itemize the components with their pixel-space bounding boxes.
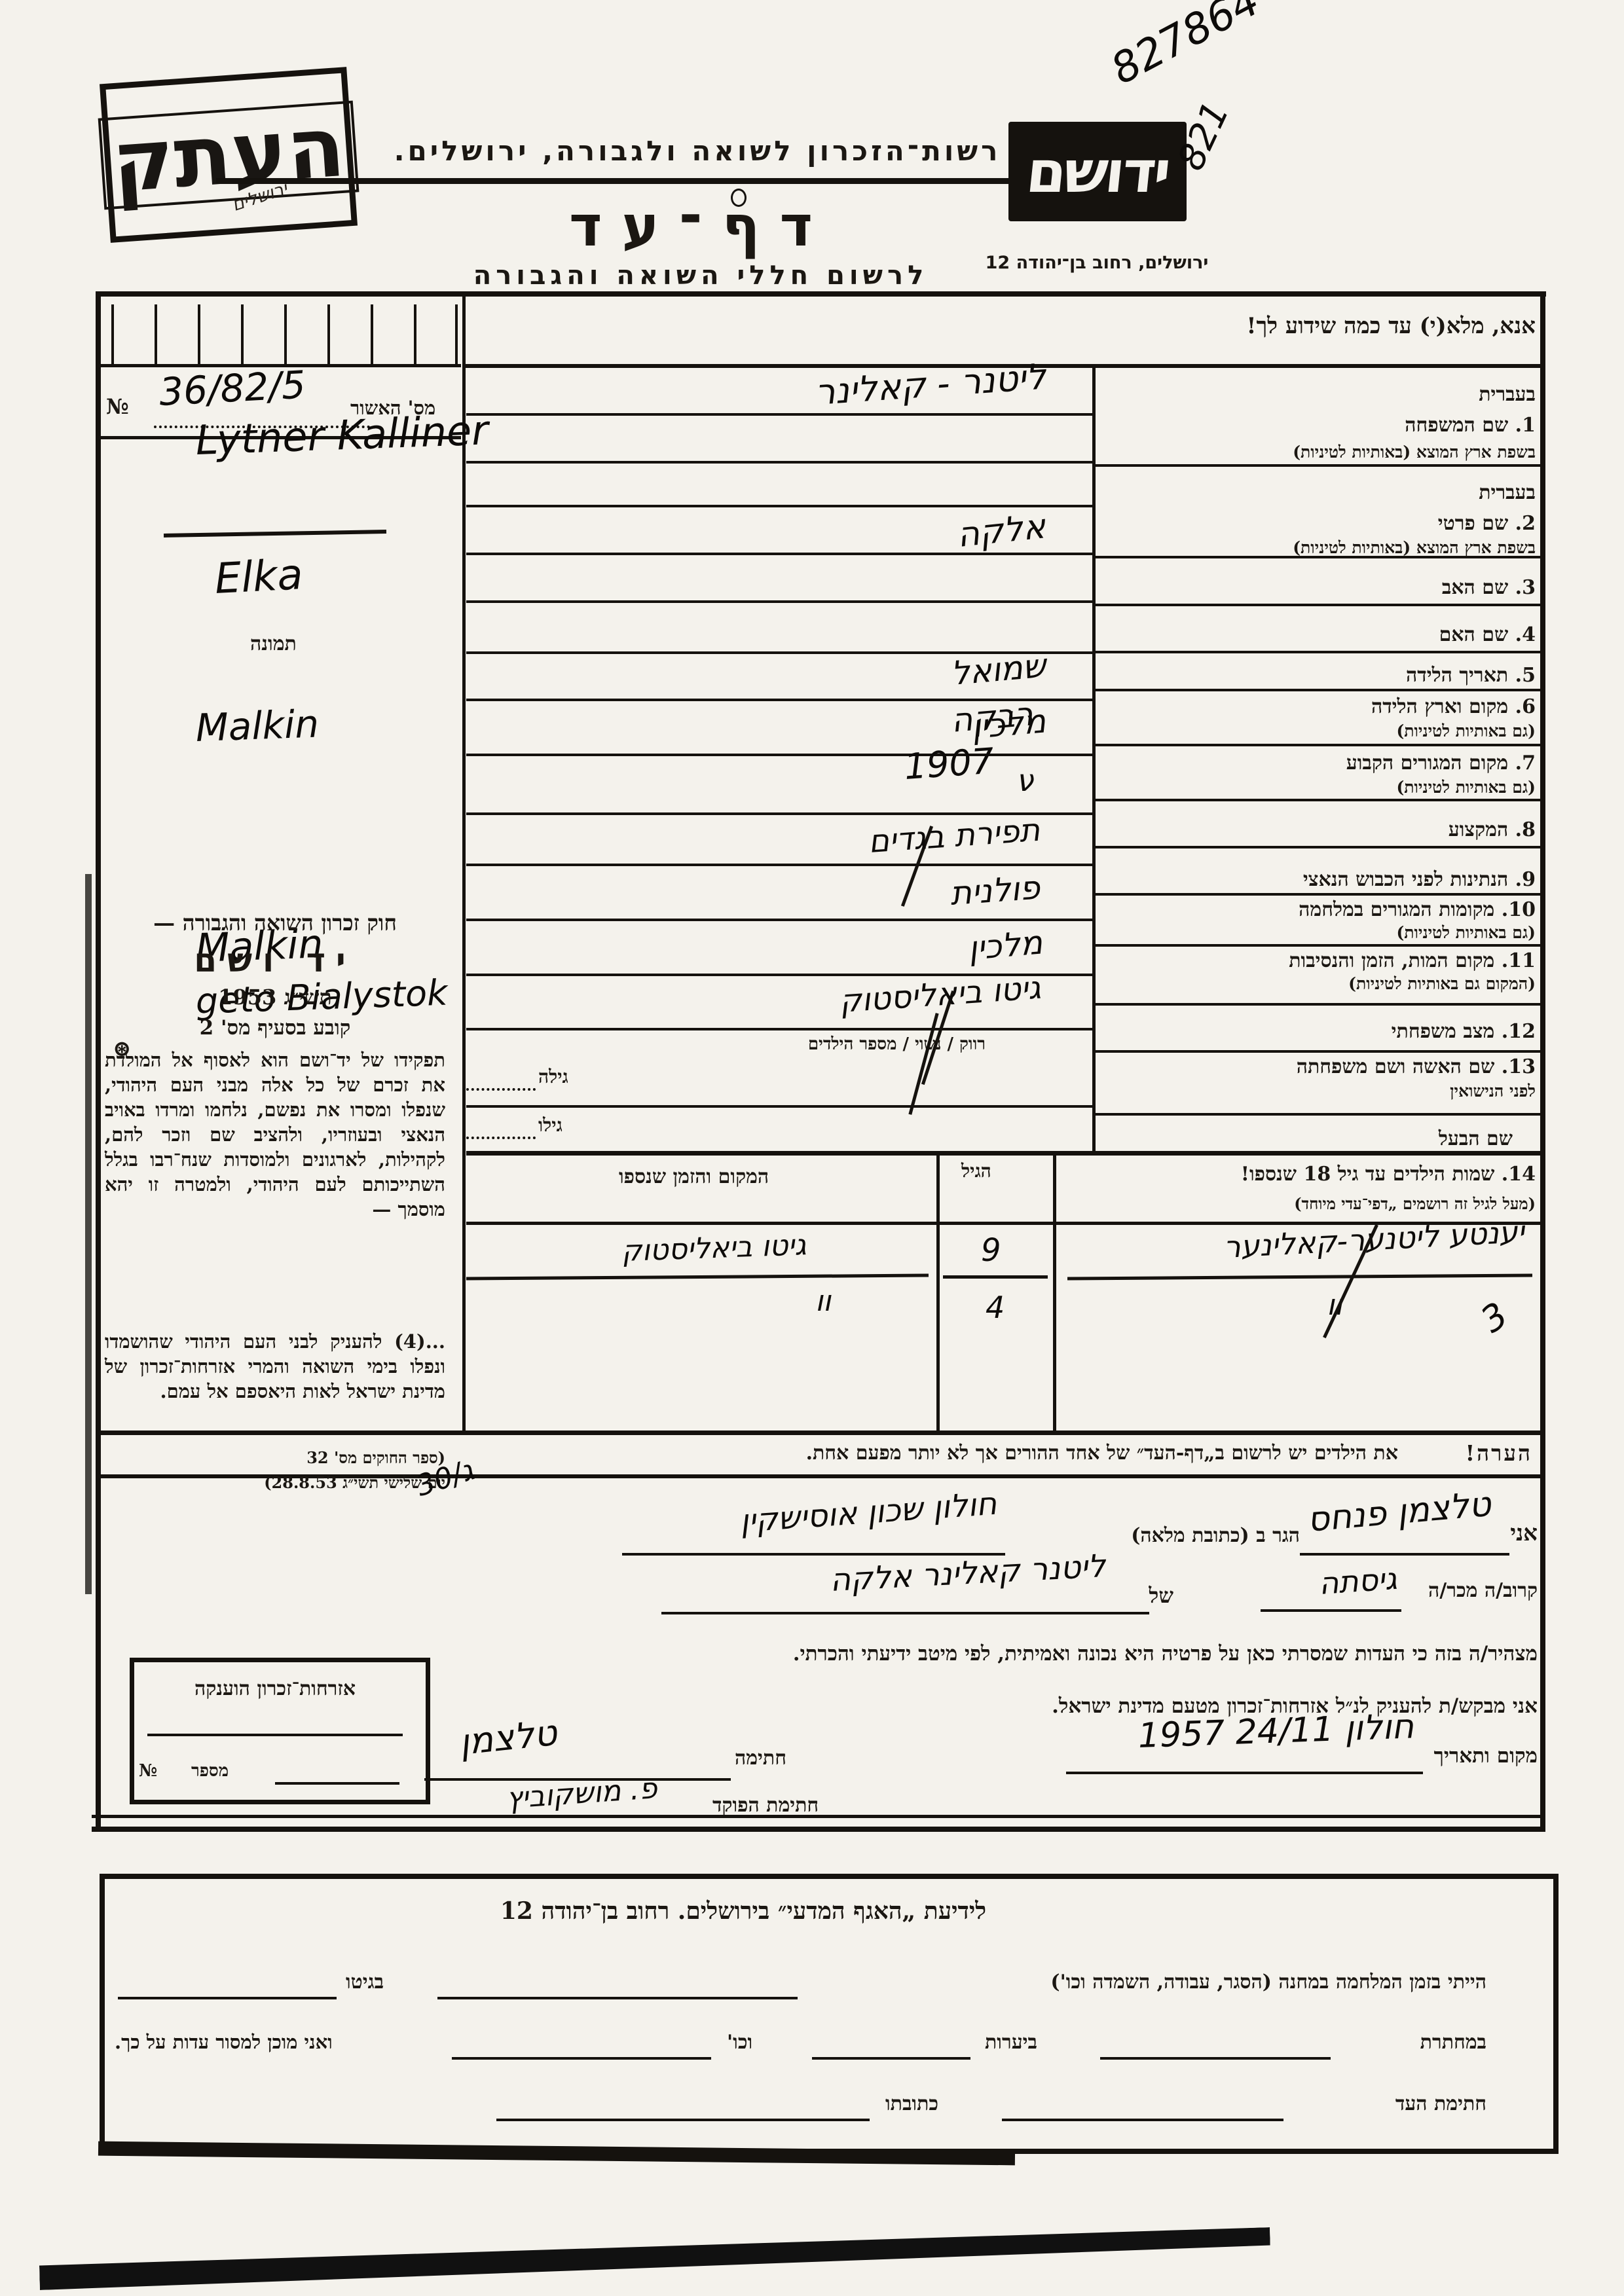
field3-title: שם האב: [1442, 576, 1508, 599]
entry-first-name-hebrew: אלקה: [955, 507, 1048, 555]
children-column-title: 14. שמות הילדים עד גיל 18 שנספו!: [1241, 1163, 1536, 1186]
fill-line: [118, 1997, 337, 1999]
double-rule-top: [92, 1815, 1545, 1818]
label-rule: [1095, 464, 1543, 467]
entry-family-name-latin: Lytner Kalliner: [194, 406, 489, 464]
field6-num: 6.: [1515, 695, 1536, 718]
header-rule: [216, 178, 1080, 184]
photo-column-divider: [462, 295, 466, 1434]
scan-edge-artifact: [85, 874, 92, 1594]
note-body: את הילדים יש לרשום ב„דף-העד״ של אחד ההור…: [806, 1442, 1398, 1465]
office-address: ירושלים, רחוב בן־יהודה 12: [982, 253, 1211, 273]
husband-name-label: שם הבעל: [1439, 1127, 1513, 1150]
citizenship-number-label: מספר: [191, 1761, 229, 1781]
fill-line: [437, 1997, 798, 1999]
entry-residence-ditto: ν: [1018, 763, 1035, 798]
fill-line: [1261, 1609, 1401, 1612]
field1-sub: בשפת ארץ המוצא (באותיות לטיניות): [1293, 443, 1536, 462]
fill-line: [661, 1612, 1149, 1614]
comb-tick: [371, 304, 373, 365]
his-address-label: כתובתו: [885, 2092, 938, 2115]
entry-birthplace-hebrew: מלכין: [970, 702, 1047, 746]
field10-num: 10.: [1502, 898, 1536, 921]
fill-line: [496, 2119, 870, 2121]
rule-line: [466, 919, 1092, 921]
rule-line: [466, 754, 1092, 756]
label-rule: [1095, 651, 1543, 653]
comb-tick: [455, 304, 458, 365]
label-rule: [1095, 893, 1543, 896]
witness-signature-bottom-label: חתימת העד: [1395, 2092, 1486, 2115]
table-bottom-rule: [96, 1430, 1544, 1435]
field1-lang: בעברית: [1479, 383, 1536, 406]
field4-num: 4.: [1515, 623, 1536, 646]
field7-sub: (גם באותיות לטיניות): [1396, 778, 1536, 797]
declares-statement: מצהיר/ה בזה כי העדות שמסרתי כאן על פרטיה…: [793, 1642, 1538, 1666]
comb-tick: [241, 304, 244, 365]
comb-tick: [284, 304, 287, 365]
photo-placeholder-label: תמונה: [250, 632, 297, 655]
child-row-age: 4: [986, 1290, 1005, 1325]
field9-title: הנתינות לפני הכבוש הנאצי: [1303, 868, 1508, 891]
hand-row-line: [466, 1274, 929, 1281]
witness-address-handwritten: חולון שכון אוסישקין: [739, 1485, 998, 1540]
field12-title: מצב משפחתי: [1392, 1020, 1495, 1043]
field13-label: 13. שם האשה ושם משפחתה: [1297, 1055, 1536, 1078]
fill-line: [812, 2057, 970, 2060]
field11-sub: (המקום גם באותיות לטיניות): [1348, 974, 1536, 994]
witness-signature-handwritten: טלצמן: [457, 1712, 559, 1763]
approval-number-symbol: №: [106, 394, 129, 419]
field11-title: מקום המות, הזמן והנסיבות: [1289, 949, 1494, 972]
field4-label: 4. שם האם: [1439, 623, 1536, 646]
label-rule: [1095, 1003, 1543, 1006]
field8-num: 8.: [1515, 818, 1536, 841]
age-column-header: הגיל: [961, 1160, 991, 1182]
field2-title: שם פרטי: [1438, 512, 1508, 535]
forests-label: ביערות: [985, 2031, 1037, 2054]
authority-line: רשות־הזכרון לשואה ולגבורה, ירושלים.: [314, 135, 1080, 167]
label-rule: [1095, 689, 1543, 691]
fill-line: [622, 1553, 1005, 1556]
child-row-place-ditto: וו: [815, 1285, 831, 1318]
field6-label: 6. מקום וארץ הלידה: [1371, 695, 1536, 718]
rule-line: [466, 864, 1092, 866]
comb-tick: [327, 304, 330, 365]
etc-label: וכו': [727, 2031, 752, 2054]
entry-birth-year: 1907: [902, 740, 995, 788]
label-column-divider: [1092, 364, 1096, 1151]
form-title: דף־עד: [458, 194, 943, 259]
field2-lang: בעברית: [1479, 481, 1536, 504]
rule-line: [466, 1028, 1092, 1030]
testimony-page-scan: העתק ירושלים רשות־הזכרון לשואה ולגבורה, …: [0, 0, 1624, 2296]
field8-title: המקצוע: [1449, 818, 1508, 841]
her-age-dotted-line: [466, 1088, 536, 1091]
registrar-signature-label: חתימת הפוקד: [712, 1794, 819, 1817]
camp-statement: הייתי בזמן המלחמה במחנה (הסגר, עבודה, הש…: [1050, 1971, 1486, 1994]
rule-line: [466, 1105, 1092, 1108]
fill-instruction: אנא, מלא(י) עד כמה שידוע לך!: [1247, 313, 1536, 339]
comb-tick: [111, 304, 114, 365]
field11-num: 11.: [1502, 949, 1536, 972]
field13-title: שם האשה ושם משפחתה: [1297, 1055, 1495, 1078]
field5-num: 5.: [1515, 664, 1536, 687]
child-row-age: 9: [981, 1232, 1001, 1269]
hand-row-line: [943, 1275, 1048, 1279]
field13-sub: לפני הנישואין: [1450, 1082, 1536, 1101]
relation-handwritten: גיסתה: [1318, 1561, 1398, 1601]
law-source-1: (ספר החוקים מס' 32: [105, 1448, 445, 1468]
entry-citizenship: פולנית: [949, 869, 1041, 913]
rule-line: [466, 600, 1092, 603]
yad-vashem-logo: ידושם: [1008, 122, 1187, 221]
field9-label: 9. הנתינות לפני הכבוש הנאצי: [1303, 868, 1536, 891]
field3-label: 3. שם האב: [1442, 576, 1536, 599]
field3-num: 3.: [1515, 576, 1536, 599]
witness-name-handwritten: טלצמן פנחס: [1306, 1485, 1492, 1540]
field10-title: מקומות המגורים במלחמה: [1299, 898, 1494, 921]
table-col-divider: [936, 1156, 940, 1430]
fill-line: [1300, 1553, 1509, 1556]
table-top-rule: [466, 1151, 1543, 1156]
field10-sub: (גם באותיות לטיניות): [1396, 923, 1536, 943]
header-circle-mark: [731, 189, 747, 207]
place-date-label: מקום ותאריך: [1434, 1744, 1538, 1768]
citizenship-box-title: אזרחות־זכרון הוענקה: [138, 1677, 413, 1700]
resident-label: הגר ב (כתובת מלאה): [1131, 1524, 1300, 1547]
comb-tick: [155, 304, 157, 365]
child-row-place: גיטו ביאליסטוק: [621, 1228, 807, 1268]
field8-label: 8. המקצוע: [1449, 818, 1536, 841]
field2-sub: בשפת ארץ המוצא (באותיות לטיניות): [1293, 538, 1536, 558]
field13-num: 13.: [1502, 1055, 1536, 1078]
comb-tick: [414, 304, 416, 365]
children-column-subtitle: (מעל לגיל זה רושמים „דפי־עדי מיוחד): [1294, 1194, 1536, 1214]
fill-line: [1066, 1772, 1423, 1774]
table-col-divider: [1053, 1156, 1056, 1430]
fill-line: [452, 2057, 711, 2060]
field7-label: 7. מקום המגורים הקבוע: [1346, 752, 1536, 774]
entry-profession: תפירת בגדים: [867, 812, 1041, 860]
field12-label: 12. מצב משפחתי: [1392, 1020, 1536, 1043]
field5-title: תאריך הלידה: [1406, 664, 1508, 687]
field12-num: 12.: [1502, 1020, 1536, 1043]
ghetto-label: בגיטו: [346, 1971, 384, 1994]
label-rule: [1095, 744, 1543, 746]
law-section: קובע בסעיף מס' 2: [105, 1016, 445, 1040]
law-paragraph-2: ‏...(4) להעניק לבני העם היהודי שהושמדו ו…: [105, 1329, 445, 1404]
fill-line: [1100, 2057, 1331, 2060]
declaration-i-label: אני: [1510, 1520, 1538, 1546]
citizenship-box-line: [147, 1734, 403, 1736]
citizenship-number-symbol: №: [139, 1761, 157, 1781]
underground-label: במחתרת: [1420, 2031, 1486, 2054]
main-box-right: [1540, 291, 1545, 1830]
field2-num: 2.: [1515, 512, 1536, 535]
law-source-2: יום שלישי תשי״ג 28.8.53): [105, 1473, 445, 1493]
label-rule: [1095, 799, 1543, 801]
entry-war-residence-hebrew: מלכין: [967, 923, 1044, 968]
field1-title: שם המשפחה: [1405, 414, 1508, 437]
double-rule-bottom: [92, 1827, 1545, 1832]
main-box-left: [96, 291, 101, 1830]
signature-label: חתימה: [735, 1747, 786, 1770]
label-rule: [1095, 1113, 1543, 1116]
law-year: תשי״ג 1953: [105, 985, 445, 1010]
field6-title: מקום וארץ הלידה: [1371, 695, 1508, 718]
rule-line: [466, 553, 1092, 555]
field6-sub: (גם באותיות לטיניות): [1396, 721, 1536, 741]
field4-title: שם האם: [1439, 623, 1509, 646]
rule-line: [466, 505, 1092, 507]
field7-title: מקום המגורים הקבוע: [1346, 752, 1509, 774]
form-subtitle: לרשום חללי השואה והגבורה: [406, 261, 995, 291]
place-column-header: המקום והזמן שנספו: [619, 1165, 769, 1188]
fill-line: [1002, 2119, 1283, 2121]
of-label: של: [1149, 1583, 1173, 1608]
his-age-dotted-line: [466, 1137, 536, 1139]
approval-number-handwritten: 36/82/5: [158, 362, 306, 414]
relation-label: קרוב/ה מכר/ה: [1428, 1579, 1538, 1602]
copy-stamp-label: העתק: [109, 98, 348, 211]
label-rule: [1095, 846, 1543, 848]
handwritten-file-number: 827864: [1103, 0, 1267, 94]
entry-birthplace-latin: Malkin: [195, 701, 320, 750]
field7-num: 7.: [1515, 752, 1536, 774]
law-title: חוק זכרון השואה והגבורה —: [105, 910, 445, 936]
law-paragraph-1: תפקידו של יד־ושם הוא לאסוף אל המולדת את …: [105, 1048, 445, 1222]
note-title: הערה!: [1466, 1440, 1532, 1467]
law-yad-vashem: יד ושם: [105, 941, 445, 979]
field1-num: 1.: [1515, 414, 1536, 437]
his-age-label: גילו: [538, 1114, 563, 1137]
label-rule: [1095, 604, 1543, 606]
willing-testify-statement: ואני מוכן למסור עדות על כך.: [115, 2031, 333, 2054]
citizenship-number-line: [275, 1782, 399, 1785]
label-rule: [1095, 944, 1543, 947]
rule-line: [466, 413, 1092, 416]
rule-line: [466, 461, 1092, 464]
yad-vashem-logo-text: ידושם: [1024, 138, 1172, 206]
field10-label: 10. מקומות המגורים במלחמה: [1299, 898, 1536, 921]
field2-label: 2. שם פרטי: [1438, 512, 1536, 535]
field1-label: 1. שם המשפחה: [1405, 414, 1536, 437]
comb-tick: [198, 304, 200, 365]
hand-row-line: [1067, 1274, 1532, 1281]
strike-scribble: [164, 530, 386, 538]
her-age-label: גילה: [538, 1066, 568, 1088]
main-box-top: [96, 291, 1546, 297]
marital-options: רווק / נשוי / מספר הילדים: [808, 1034, 986, 1054]
label-rule: [1095, 1050, 1543, 1053]
children-corner-mark: 3: [1473, 1294, 1515, 1341]
field11-label: 11. מקום המות, הזמן והנסיבות: [1289, 949, 1536, 972]
bottom-box-title: לידיעת „האגף המדעי״ בירושלים. רחוב בן־יה…: [491, 1897, 995, 1925]
field9-num: 9.: [1515, 868, 1536, 891]
entry-father-name: שמואל: [950, 647, 1047, 693]
entry-death-place-hebrew: גיטו ביאליסטוק: [838, 970, 1042, 1020]
field5-label: 5. תאריך הלידה: [1406, 664, 1536, 687]
entry-first-name-latin: Elka: [213, 551, 304, 604]
scan-smear: [39, 2227, 1271, 2290]
